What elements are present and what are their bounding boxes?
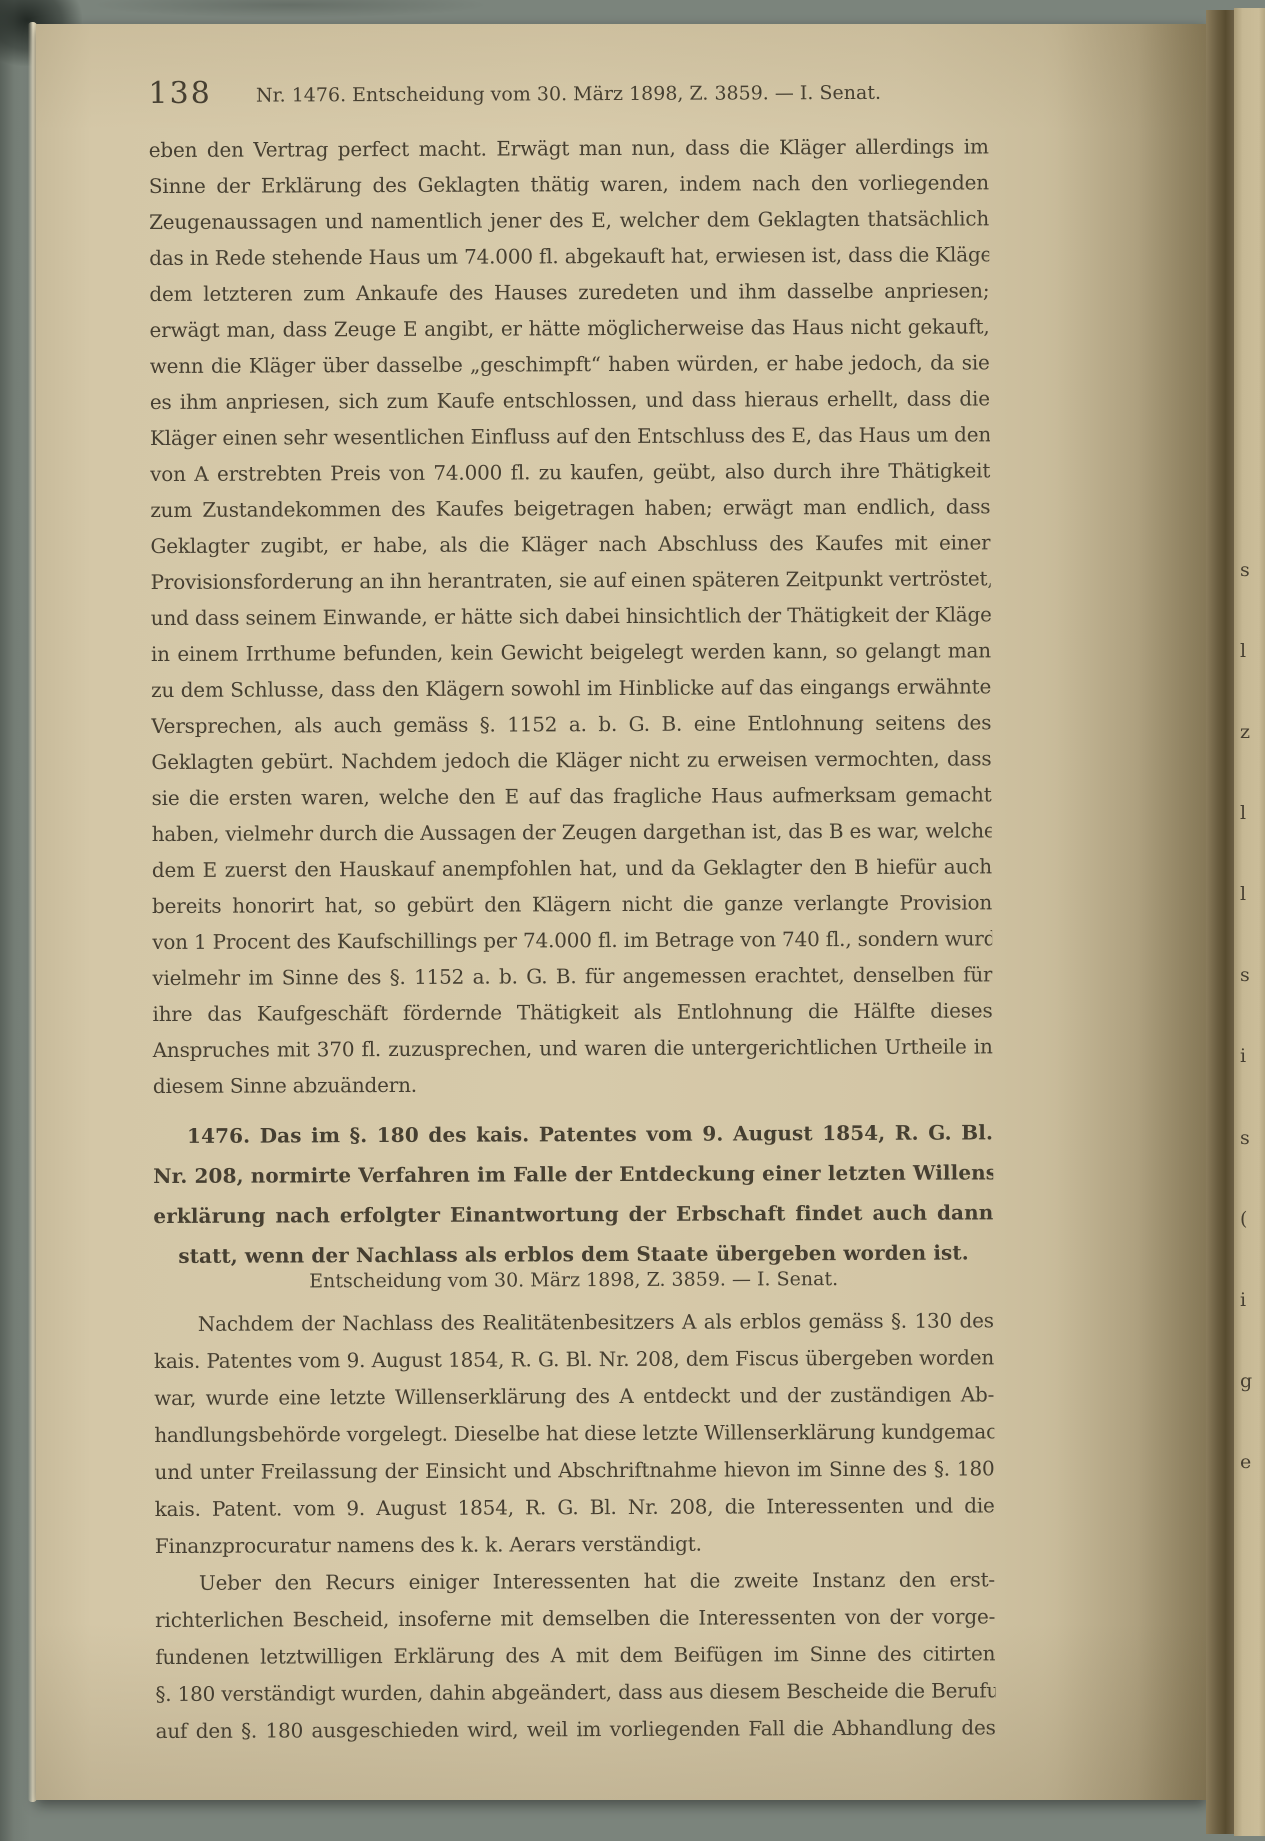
- text-line: und dass seinem Einwande, er hätte sich …: [151, 596, 991, 636]
- scanned-book-page: slzllsis(ige 138 Nr. 1476. Entscheidung …: [0, 0, 1265, 1841]
- text-line: Sinne der Erklärung des Geklagten thätig…: [149, 164, 989, 204]
- text-line: von A erstrebten Preis von 74.000 fl. zu…: [150, 452, 990, 492]
- text-line: handlungsbehörde vorgelegt. Dieselbe hat…: [154, 1413, 994, 1454]
- text-line: von 1 Procent des Kaufschillings per 74.…: [152, 920, 992, 960]
- text-line: zum Zustandekommen des Kaufes beigetrage…: [150, 488, 990, 528]
- text-line: haben, vielmehr durch die Aussagen der Z…: [152, 812, 992, 852]
- decision-reference: Entscheidung vom 30. März 1898, Z. 3859.…: [154, 1267, 994, 1293]
- text-line: vielmehr im Sinne des §. 1152 a. b. G. B…: [152, 956, 992, 996]
- decision-body-paragraph-2: Ueber den Recurs einiger Interessenten h…: [155, 1561, 996, 1750]
- text-line: in einem Irrthume befunden, kein Gewicht…: [151, 632, 991, 672]
- text-line: Provisionsforderung an ihn herantraten, …: [151, 560, 991, 600]
- running-header: Nr. 1476. Entscheidung vom 30. März 1898…: [148, 81, 988, 107]
- text-line: Nachdem der Nachlass des Realitätenbesit…: [154, 1302, 994, 1343]
- text-line: erwägt man, dass Zeuge E angibt, er hätt…: [149, 308, 989, 348]
- text-line: und unter Freilassung der Einsicht und A…: [154, 1450, 994, 1491]
- text-line: das in Rede stehende Haus um 74.000 fl. …: [149, 236, 989, 276]
- printed-text-layer: 138 Nr. 1476. Entscheidung vom 30. März …: [0, 0, 1265, 1841]
- text-line: war, wurde eine letzte Willenserklärung …: [154, 1376, 994, 1417]
- text-line: Geklagten gebürt. Nachdem jedoch die Klä…: [151, 740, 991, 780]
- text-line: es ihm anpriesen, sich zum Kaufe entschl…: [150, 380, 990, 420]
- continued-decision-text: eben den Vertrag perfect macht. Erwägt m…: [149, 128, 993, 1104]
- text-line: 1476. Das im §. 180 des kais. Patentes v…: [153, 1112, 993, 1156]
- text-line: Geklagter zugibt, er habe, als die Kläge…: [150, 524, 990, 564]
- text-line: eben den Vertrag perfect macht. Erwägt m…: [149, 128, 989, 168]
- text-line: Nr. 208, normirte Verfahren im Falle der…: [153, 1152, 993, 1196]
- text-line: dem letzteren zum Ankaufe des Hauses zur…: [149, 272, 989, 312]
- text-line: erklärung nach erfolgter Einantwortung d…: [153, 1192, 993, 1236]
- text-line: fundenen letztwilligen Erklärung des A m…: [155, 1635, 995, 1676]
- text-line: zu dem Schlusse, dass den Klägern sowohl…: [151, 668, 991, 708]
- decision-1476-headnote: 1476. Das im §. 180 des kais. Patentes v…: [153, 1112, 994, 1276]
- text-line: Zeugenaussagen und namentlich jener des …: [149, 200, 989, 240]
- text-line: Finanzprocuratur namens des k. k. Aerars…: [155, 1524, 995, 1565]
- text-line: wenn die Kläger über dasselbe „geschimpf…: [150, 344, 990, 384]
- text-line: Anspruches mit 370 fl. zuzusprechen, und…: [153, 1028, 993, 1068]
- text-line: richterlichen Bescheid, insoferne mit de…: [155, 1598, 995, 1639]
- text-line: §. 180 verständigt wurden, dahin abgeänd…: [155, 1672, 995, 1713]
- decision-body-paragraph-1: Nachdem der Nachlass des Realitätenbesit…: [154, 1302, 995, 1565]
- text-line: Versprechen, als auch gemäss §. 1152 a. …: [151, 704, 991, 744]
- text-line: kais. Patentes vom 9. August 1854, R. G.…: [154, 1339, 994, 1380]
- text-line: kais. Patent. vom 9. August 1854, R. G. …: [155, 1487, 995, 1528]
- text-line: Ueber den Recurs einiger Interessenten h…: [155, 1561, 995, 1602]
- text-line: diesem Sinne abzuändern.: [153, 1064, 993, 1104]
- text-line: dem E zuerst den Hauskauf anempfohlen ha…: [152, 848, 992, 888]
- text-line: Kläger einen sehr wesentlichen Einfluss …: [150, 416, 990, 456]
- text-line: auf den §. 180 ausgeschieden wird, weil …: [156, 1709, 996, 1750]
- text-line: sie die ersten waren, welche den E auf d…: [151, 776, 991, 816]
- text-line: ihre das Kaufgeschäft fördernde Thätigke…: [152, 992, 992, 1032]
- text-line: bereits honorirt hat, so gebürt den Kläg…: [152, 884, 992, 924]
